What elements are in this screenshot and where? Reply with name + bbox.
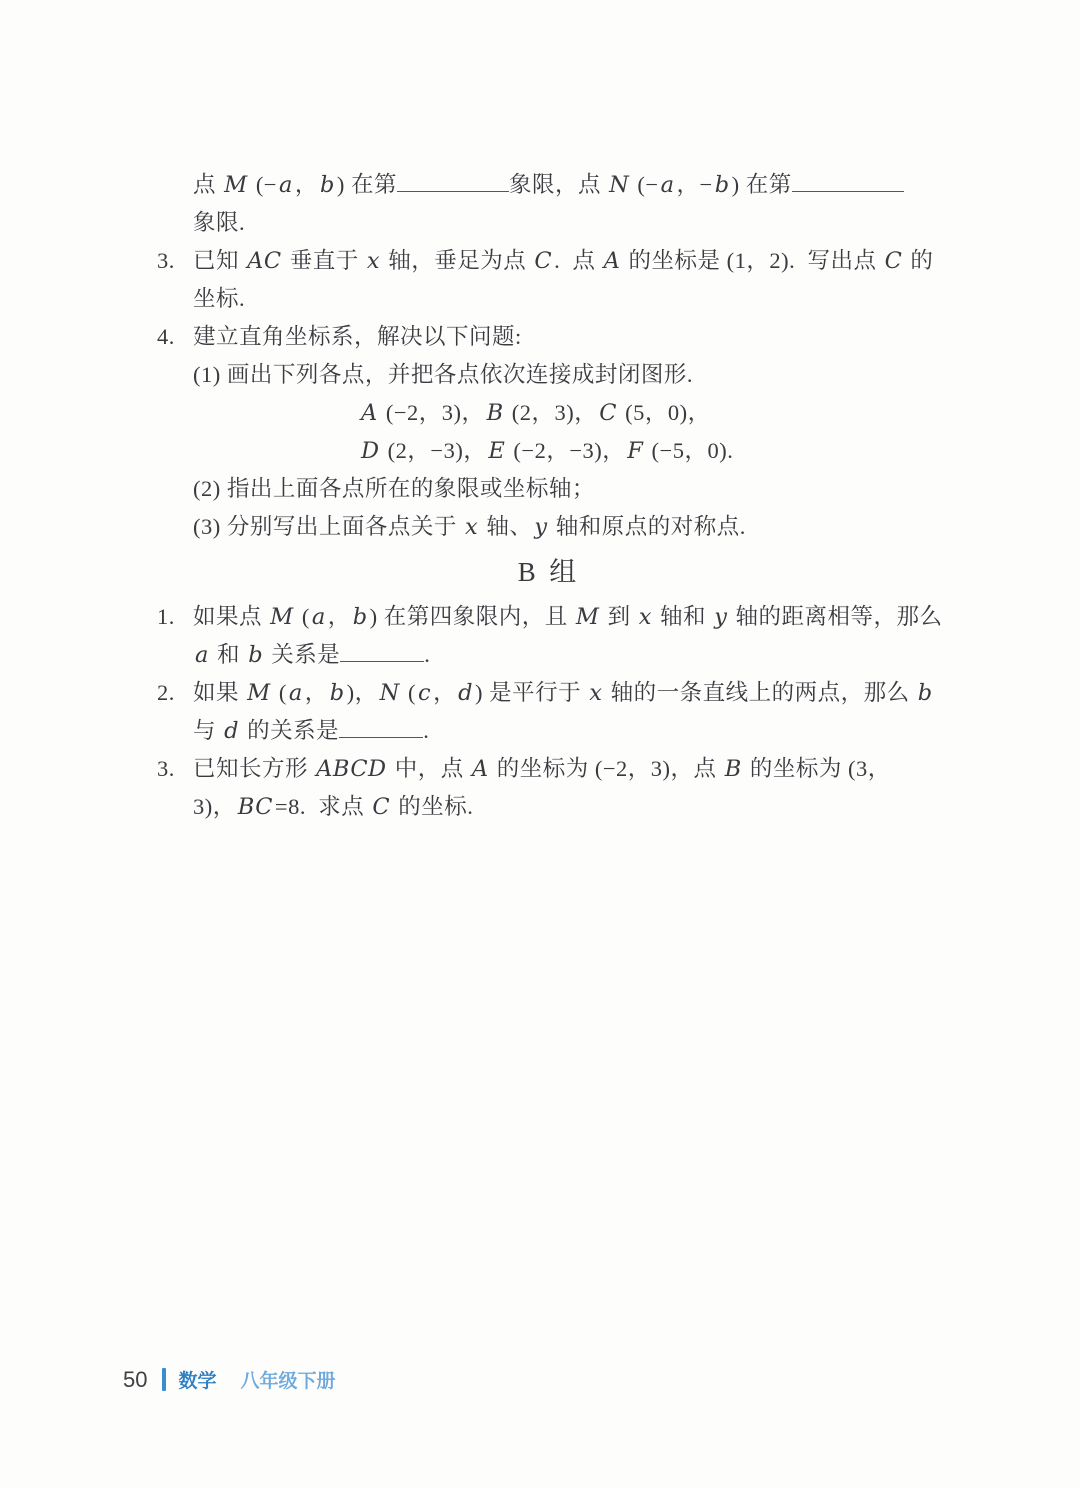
group-b-heading: B 组 xyxy=(157,546,937,598)
math-variable: A xyxy=(359,400,380,426)
math-variable: C xyxy=(532,248,554,274)
exercise-line: a 和 b 关系是. xyxy=(157,636,937,674)
line-text: A (−2，3)，B (2，3)，C (5，0)， xyxy=(193,394,711,432)
math-variable: M xyxy=(574,604,602,630)
page-footer: 50 数学 八年级下册 xyxy=(123,1366,336,1393)
answer-blank xyxy=(340,641,424,662)
exercise-line: A (−2，3)，B (2，3)，C (5，0)， xyxy=(157,394,937,432)
math-variable: ABCD xyxy=(314,756,388,782)
item-number: 2. xyxy=(157,674,193,712)
item-number: 1. xyxy=(157,598,193,636)
line-text: (3) 分别写出上面各点关于 x 轴、y 轴和原点的对称点. xyxy=(193,508,746,546)
math-variable: AC xyxy=(245,248,283,274)
answer-blank xyxy=(339,717,423,738)
line-text: 建立直角坐标系，解决以下问题: xyxy=(193,318,522,356)
line-text: (1) 画出下列各点，并把各点依次连接成封闭图形. xyxy=(193,356,693,394)
math-variable: x xyxy=(365,248,382,274)
exercise-line: 1.如果点 M (a，b) 在第四象限内，且 M 到 x 轴和 y 轴的距离相等… xyxy=(157,598,937,636)
math-variable: y xyxy=(532,514,549,540)
math-variable: a xyxy=(659,172,677,198)
math-variable: a xyxy=(277,172,295,198)
group-b-exercises: 1.如果点 M (a，b) 在第四象限内，且 M 到 x 轴和 y 轴的距离相等… xyxy=(157,598,937,826)
exercise-line: 3.已知 AC 垂直于 x 轴，垂足为点 C. 点 A 的坐标是 (1，2). … xyxy=(157,242,937,280)
line-text: 点 M (−a，b) 在第象限，点 N (−a，−b) 在第 xyxy=(193,166,904,204)
line-text: 已知 AC 垂直于 x 轴，垂足为点 C. 点 A 的坐标是 (1，2). 写出… xyxy=(193,242,933,280)
line-text: 如果 M (a，b)，N (c，d) 是平行于 x 轴的一条直线上的两点，那么 … xyxy=(193,674,935,712)
exercise-line: D (2，−3)，E (−2，−3)，F (−5，0). xyxy=(157,432,937,470)
line-text: 象限. xyxy=(193,204,245,242)
line-text: 坐标. xyxy=(193,280,245,318)
item-number: 3. xyxy=(157,242,193,280)
exercise-line: 4.建立直角坐标系，解决以下问题: xyxy=(157,318,937,356)
line-text: (2) 指出上面各点所在的象限或坐标轴； xyxy=(193,470,595,508)
math-variable: x xyxy=(463,514,480,540)
exercise-line: 象限. xyxy=(157,204,937,242)
exercise-content: 点 M (−a，b) 在第象限，点 N (−a，−b) 在第象限.3.已知 AC… xyxy=(157,166,937,826)
group-a-exercises: 点 M (−a，b) 在第象限，点 N (−a，−b) 在第象限.3.已知 AC… xyxy=(157,166,937,546)
math-variable: C xyxy=(597,400,619,426)
footer-edition: 八年级下册 xyxy=(241,1366,336,1393)
math-variable: a xyxy=(287,680,305,706)
math-variable: M xyxy=(245,680,273,706)
footer-subject: 数学 xyxy=(178,1366,216,1393)
math-variable: b xyxy=(351,604,370,630)
math-variable: C xyxy=(883,248,905,274)
exercise-line: 3.已知长方形 ABCD 中，点 A 的坐标为 (−2，3)，点 B 的坐标为 … xyxy=(157,750,937,788)
math-variable: a xyxy=(310,604,328,630)
math-variable: x xyxy=(637,604,654,630)
line-text: 3)，BC=8. 求点 C 的坐标. xyxy=(193,788,473,826)
math-variable: b xyxy=(713,172,732,198)
math-variable: x xyxy=(587,680,604,706)
math-variable: A xyxy=(470,756,491,782)
page-number: 50 xyxy=(123,1367,147,1393)
answer-blank xyxy=(397,171,509,192)
exercise-line: 坐标. xyxy=(157,280,937,318)
math-variable: C xyxy=(370,794,392,820)
textbook-page: 点 M (−a，b) 在第象限，点 N (−a，−b) 在第象限.3.已知 AC… xyxy=(0,0,1080,1488)
math-variable: D xyxy=(359,438,382,464)
footer-divider-bar xyxy=(162,1368,166,1391)
line-text: D (2，−3)，E (−2，−3)，F (−5，0). xyxy=(193,432,733,470)
math-variable: B xyxy=(485,400,506,426)
line-text: 已知长方形 ABCD 中，点 A 的坐标为 (−2，3)，点 B 的坐标为 (3… xyxy=(193,750,891,788)
math-variable: b xyxy=(328,680,347,706)
item-number: 4. xyxy=(157,318,193,356)
exercise-line: 点 M (−a，b) 在第象限，点 N (−a，−b) 在第 xyxy=(157,166,937,204)
exercise-line: 3)，BC=8. 求点 C 的坐标. xyxy=(157,788,937,826)
math-variable: B xyxy=(723,756,744,782)
math-variable: E xyxy=(486,438,507,464)
math-variable: M xyxy=(268,604,296,630)
math-variable: a xyxy=(193,642,211,668)
math-variable: A xyxy=(602,248,623,274)
math-variable: d xyxy=(456,680,475,706)
exercise-line: (1) 画出下列各点，并把各点依次连接成封闭图形. xyxy=(157,356,937,394)
answer-blank xyxy=(792,171,904,192)
math-variable: b xyxy=(916,680,935,706)
math-variable: M xyxy=(222,172,250,198)
item-number: 3. xyxy=(157,750,193,788)
math-variable: N xyxy=(378,680,402,706)
exercise-line: (3) 分别写出上面各点关于 x 轴、y 轴和原点的对称点. xyxy=(157,508,937,546)
math-variable: BC xyxy=(236,794,275,820)
math-variable: N xyxy=(607,172,631,198)
math-variable: y xyxy=(712,604,729,630)
math-variable: d xyxy=(222,718,241,744)
exercise-line: 与 d 的关系是. xyxy=(157,712,937,750)
math-variable: b xyxy=(318,172,337,198)
math-variable: F xyxy=(625,438,645,464)
math-variable: c xyxy=(416,680,433,706)
exercise-line: (2) 指出上面各点所在的象限或坐标轴； xyxy=(157,470,937,508)
line-text: a 和 b 关系是. xyxy=(193,636,430,674)
math-variable: b xyxy=(246,642,265,668)
exercise-line: 2.如果 M (a，b)，N (c，d) 是平行于 x 轴的一条直线上的两点，那… xyxy=(157,674,937,712)
line-text: 如果点 M (a，b) 在第四象限内，且 M 到 x 轴和 y 轴的距离相等，那… xyxy=(193,598,943,636)
line-text: 与 d 的关系是. xyxy=(193,712,429,750)
